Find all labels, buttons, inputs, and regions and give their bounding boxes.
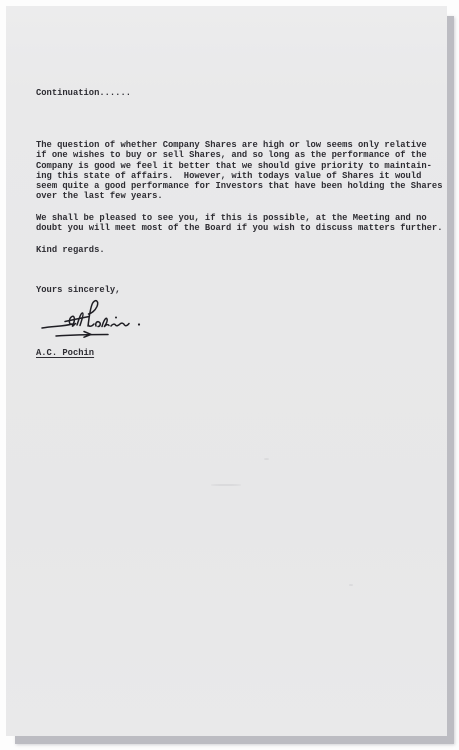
signature-i-dot <box>115 317 117 319</box>
valediction-line: Yours sincerely, <box>36 285 120 295</box>
signature-image <box>28 296 160 350</box>
signature-stroke-ochin <box>96 318 129 326</box>
signature-underline-flourish <box>56 335 108 337</box>
typed-signatory-name: A.C. Pochin <box>36 348 94 358</box>
closing-line: Kind regards. <box>36 245 105 255</box>
scanned-letter-background: Continuation...... The question of wheth… <box>0 0 459 750</box>
signature-stroke-crossbar <box>65 317 89 322</box>
signature-stroke-lead-A <box>42 316 76 328</box>
paper-smudge <box>349 584 353 586</box>
body-paragraph-meeting: We shall be pleased to see you, if this … <box>36 213 442 234</box>
continuation-label: Continuation...... <box>36 88 131 98</box>
paper-smudge <box>211 484 241 486</box>
letter-page: Continuation...... The question of wheth… <box>6 6 447 736</box>
paper-smudge <box>264 458 269 460</box>
body-paragraph-shares: The question of whether Company Shares a… <box>36 140 442 202</box>
signature-end-dot <box>138 323 140 325</box>
